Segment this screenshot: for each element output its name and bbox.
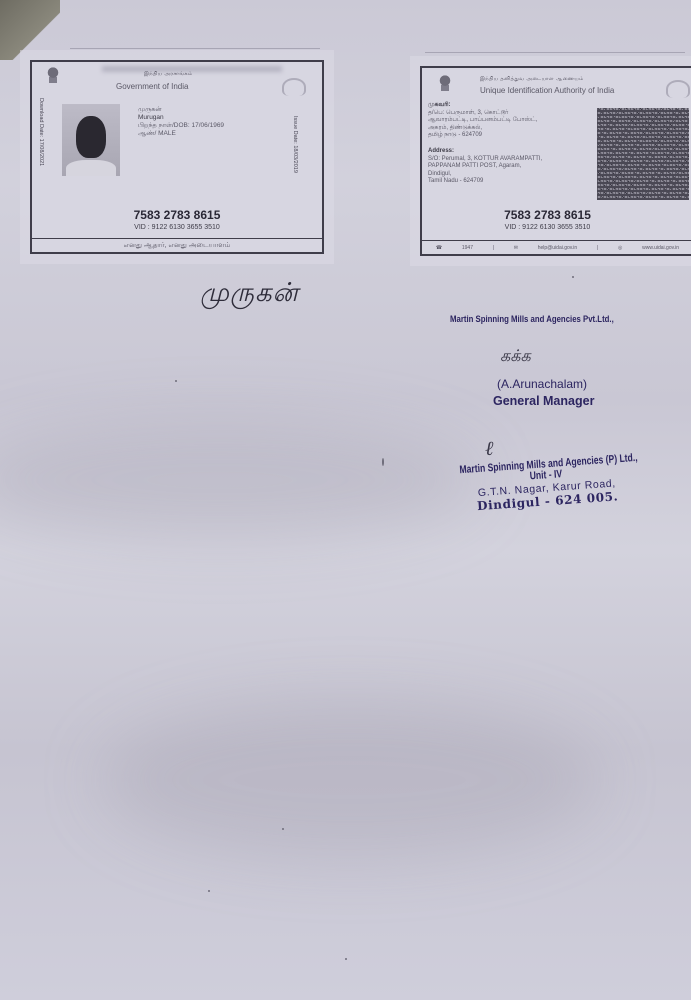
issue-date: Issue Date: 18/03/2019 (292, 116, 298, 173)
initial-mark: ℓ (485, 436, 493, 461)
qr-code (597, 108, 689, 200)
vid-number: VID : 9122 6130 3655 3510 (412, 224, 683, 231)
national-emblem-icon (438, 74, 452, 96)
paper-speck (345, 958, 347, 960)
holder-name: Murugan (138, 114, 224, 122)
paper-speck (382, 458, 384, 466)
header-tamil: இந்திய அரசாங்கம் (144, 71, 192, 77)
header-title: Government of India (116, 82, 188, 91)
fold-line (425, 52, 685, 53)
vid-number: VID : 9122 6130 3655 3510 (32, 224, 322, 231)
address-line: Dindigul, (428, 171, 542, 179)
tamil-address-line: ஆவாரம்பட்டி, பாப்பனம்பட்டி போஸ்ட், (428, 117, 537, 125)
aadhaar-card-front: இந்திய அரசாங்கம் Government of India Dow… (30, 60, 324, 254)
address-line: PAPPANAM PATTI POST, Agaram, (428, 163, 542, 171)
holder-details: முருகன் Murugan பிறந்த நாள்/DOB: 17/06/1… (138, 106, 224, 138)
aadhaar-card-back: இந்திய தனித்துவ அடையாள ஆணையம் Unique Ide… (420, 66, 691, 256)
card-footer: எனது ஆதார், எனது அடையாளம் (32, 238, 322, 252)
card-footer: ☎ 1947 | ✉ help@uidai.gov.in | ◎ www.uid… (422, 240, 691, 254)
tamil-address-line: தமிழ் நாடு - 624709 (428, 132, 537, 140)
header-title: Unique Identification Authority of India (480, 86, 614, 95)
address-line: S/O: Perumal, 3, KOTTUR AVARAMPATTI, (428, 156, 542, 164)
address-line: Tamil Nadu - 624709 (428, 178, 542, 186)
paper-shadow (100, 700, 600, 860)
paper-speck (282, 828, 284, 830)
holder-signature: முருகன் (200, 278, 299, 311)
footer-email: help@uidai.gov.in (538, 245, 577, 251)
aadhaar-number: 7583 2783 8615 (32, 208, 322, 222)
dob-label: பிறந்த நாள்/DOB: (138, 122, 190, 129)
paper-speck (208, 890, 210, 892)
globe-icon: ◎ (618, 245, 622, 251)
paper-speck (572, 276, 574, 278)
email-icon: ✉ (514, 245, 518, 251)
aadhaar-number: 7583 2783 8615 (412, 208, 683, 222)
holder-photo (62, 104, 120, 176)
background-table-corner (0, 0, 60, 60)
national-emblem-icon (46, 66, 60, 88)
paper-speck (175, 380, 177, 382)
footer-slogan: எனது ஆதார், எனது அடையாளம் (124, 241, 231, 250)
signatory-title: General Manager (493, 394, 594, 408)
tamil-address: முகவரி: த/பெ: பெருமாள், 3, கொட்டூர் ஆவார… (428, 102, 537, 140)
english-address: Address: S/O: Perumal, 3, KOTTUR AVARAMP… (428, 148, 542, 186)
tamil-address-line: த/பெ: பெருமாள், 3, கொட்டூர் (428, 110, 537, 118)
footer-phone: 1947 (462, 245, 473, 251)
tamil-address-line: அகரம், திண்டுக்கல், (428, 125, 537, 133)
fold-line (70, 48, 320, 49)
dob-value: 17/06/1969 (192, 122, 225, 129)
signatory-name: (A.Arunachalam) (497, 377, 587, 391)
footer-web: www.uidai.gov.in (642, 245, 679, 251)
address-label: Address: (428, 148, 542, 156)
company-stamp: Martin Spinning Mills and Agencies (P) L… (435, 451, 658, 516)
phone-icon: ☎ (436, 245, 442, 251)
paper-shadow (0, 420, 480, 540)
signatory-signature: கக்க (500, 346, 531, 367)
gender-label: ஆண்/ (138, 130, 156, 137)
download-date: Download Date: 17/08/2021 (38, 98, 44, 166)
aadhaar-logo-icon (666, 80, 690, 98)
header-tamil: இந்திய தனித்துவ அடையாள ஆணையம் (480, 76, 584, 82)
attestation-company: Martin Spinning Mills and Agencies Pvt.L… (450, 314, 614, 325)
aadhaar-logo-icon (282, 78, 306, 96)
tamil-address-label: முகவரி: (428, 102, 537, 110)
gender-value: MALE (158, 130, 176, 137)
name-tamil: முருகன் (138, 106, 224, 114)
